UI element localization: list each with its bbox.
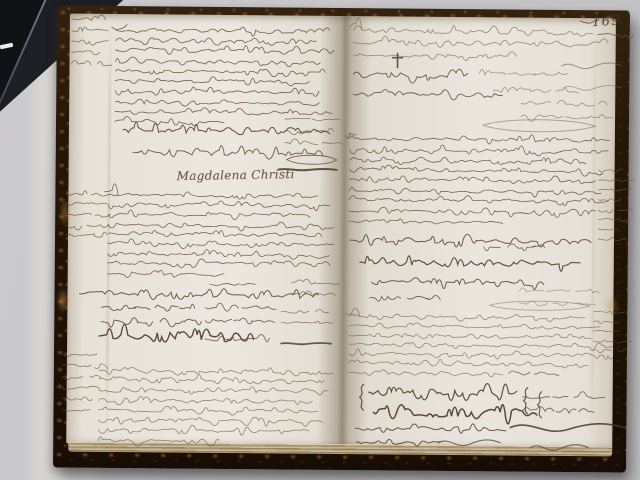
text-line: [354, 36, 608, 49]
word: [599, 101, 608, 105]
text-line: [349, 349, 613, 360]
word: [312, 119, 340, 121]
word: [521, 102, 550, 105]
flourish: [563, 85, 621, 90]
word: [556, 88, 578, 93]
word: [160, 318, 183, 327]
word: [234, 318, 253, 324]
word: [593, 311, 623, 314]
word: [292, 279, 316, 284]
flourish: [510, 423, 624, 432]
word: [523, 397, 550, 399]
text-line: [349, 370, 503, 377]
word: [592, 115, 612, 119]
word: [63, 353, 97, 356]
text-line: [350, 156, 586, 166]
text-line: [98, 437, 219, 447]
text-line: [116, 26, 330, 37]
register-book: 169 Magdalena Christi: [0, 0, 640, 480]
text-line: [350, 144, 608, 156]
flourish: [530, 444, 588, 450]
signature: [355, 423, 506, 434]
word: [138, 322, 152, 326]
text-line: [350, 174, 596, 184]
word: [322, 142, 343, 144]
flourish: [438, 440, 500, 446]
word: [615, 341, 632, 343]
word: [599, 169, 623, 173]
word: [242, 306, 276, 309]
text-line: [349, 187, 600, 198]
word: [618, 350, 628, 352]
word: [62, 409, 89, 411]
text-line: [349, 359, 588, 369]
text-line: [98, 425, 308, 436]
text-line: [98, 406, 317, 416]
text-line: [349, 332, 591, 340]
word: [315, 283, 339, 284]
word: [426, 295, 440, 299]
text-line: [116, 57, 321, 67]
word: [598, 199, 621, 202]
word: [543, 115, 564, 118]
word: [101, 305, 135, 311]
word: [72, 51, 100, 55]
signature: [123, 122, 330, 135]
word: [598, 33, 633, 38]
text-line: [108, 258, 330, 269]
word: [90, 375, 101, 378]
word: [63, 386, 100, 390]
word: [534, 372, 559, 375]
word: [179, 304, 194, 308]
word: [519, 301, 547, 306]
word: [87, 224, 109, 227]
word: [534, 73, 553, 76]
word: [72, 61, 92, 65]
word: [241, 283, 256, 285]
word: [63, 376, 83, 379]
text-line: [349, 341, 613, 351]
text-line: [115, 99, 319, 107]
signature: [79, 288, 318, 301]
text-line: [99, 386, 328, 396]
word: [574, 392, 605, 399]
flourish: [562, 63, 622, 69]
word: [72, 27, 108, 32]
text-line: [115, 76, 309, 86]
word: [205, 319, 231, 323]
word: [66, 202, 98, 205]
word: [593, 350, 611, 353]
text-line: [98, 416, 322, 427]
word: [100, 203, 108, 204]
text-line: [115, 116, 224, 126]
entry-heading: Magdalena Christi: [176, 167, 296, 183]
word: [98, 62, 112, 66]
word: [598, 237, 627, 241]
signature: [360, 255, 580, 271]
text-line: [116, 45, 334, 56]
word: [101, 317, 138, 327]
word: [553, 396, 568, 398]
word: [579, 409, 594, 413]
signature: [372, 277, 544, 289]
word: [546, 290, 570, 292]
initial-capital: [346, 133, 356, 139]
word: [566, 116, 592, 119]
text-line: [350, 165, 603, 177]
loop-flourish: [483, 119, 595, 132]
word: [521, 115, 543, 122]
signature: [356, 439, 440, 446]
text-line: [108, 200, 329, 211]
signature: [373, 404, 537, 425]
flourish: [281, 343, 331, 345]
text-line: [99, 366, 333, 376]
signature: [350, 233, 591, 248]
word: [315, 321, 332, 324]
initial-capital: [95, 364, 108, 369]
word: [251, 320, 274, 322]
word: [593, 330, 620, 331]
text-line: [349, 313, 585, 322]
signature: [99, 324, 254, 342]
word: [281, 311, 308, 314]
word: [134, 307, 150, 310]
word: [509, 371, 530, 375]
word: [94, 232, 107, 237]
word: [63, 364, 91, 366]
signature: [369, 383, 517, 401]
word: [593, 321, 617, 324]
word: [598, 218, 629, 222]
word: [66, 191, 87, 196]
text-line: [115, 107, 332, 116]
word: [493, 87, 531, 92]
brace: [360, 384, 364, 410]
text-line: [108, 239, 334, 250]
text-line: [108, 191, 318, 200]
text-line: [108, 249, 329, 260]
initial-capital: [112, 24, 127, 29]
text-line: [108, 270, 224, 279]
word: [618, 209, 633, 211]
text-line: [108, 210, 310, 220]
word: [285, 139, 318, 145]
text-line: [349, 322, 600, 330]
word: [554, 72, 568, 74]
text-line: [349, 218, 503, 224]
word: [72, 15, 106, 21]
word: [281, 322, 315, 324]
word: [479, 69, 506, 75]
word: [520, 288, 544, 292]
brace: [537, 392, 541, 418]
text-line: [115, 67, 325, 77]
scanned-register-photo: 169 Magdalena Christi: [0, 0, 640, 480]
text-line: [108, 230, 322, 238]
word: [593, 340, 612, 343]
text-line: [349, 207, 595, 218]
word: [63, 397, 93, 401]
word: [523, 407, 554, 412]
word: [508, 244, 536, 251]
word: [285, 118, 310, 119]
word: [530, 90, 551, 93]
loop-flourish: [287, 155, 337, 164]
word: [315, 309, 328, 312]
text-line: [115, 86, 319, 96]
text-line: [350, 133, 610, 145]
text-line: [354, 51, 517, 61]
signature: [133, 145, 323, 160]
word: [556, 409, 576, 413]
initial-capital: [104, 184, 118, 195]
word: [155, 305, 178, 311]
word: [72, 40, 109, 45]
text-line: [99, 396, 313, 407]
word: [576, 289, 599, 293]
word: [599, 180, 635, 182]
word: [598, 210, 613, 213]
text-line: [99, 374, 324, 385]
brace: [523, 388, 527, 414]
word: [369, 296, 400, 301]
word: [557, 100, 594, 106]
word: [66, 213, 91, 215]
handwriting-ink-layer: [0, 0, 640, 480]
page-number: 169: [591, 13, 621, 30]
word: [66, 225, 82, 230]
word: [598, 229, 618, 230]
text-line: [349, 195, 608, 207]
signature: [353, 68, 467, 83]
signature: [353, 89, 502, 100]
word: [315, 128, 333, 131]
word: [508, 72, 536, 75]
initial-capital: [350, 18, 362, 30]
word: [598, 189, 630, 191]
word: [184, 319, 202, 325]
text-line: [354, 25, 593, 36]
signature: [205, 334, 269, 342]
text-line: [116, 37, 317, 46]
word: [205, 303, 238, 311]
text-line: [108, 221, 334, 232]
word: [484, 247, 500, 251]
word: [91, 193, 108, 196]
word: [66, 234, 95, 237]
word: [210, 283, 240, 285]
